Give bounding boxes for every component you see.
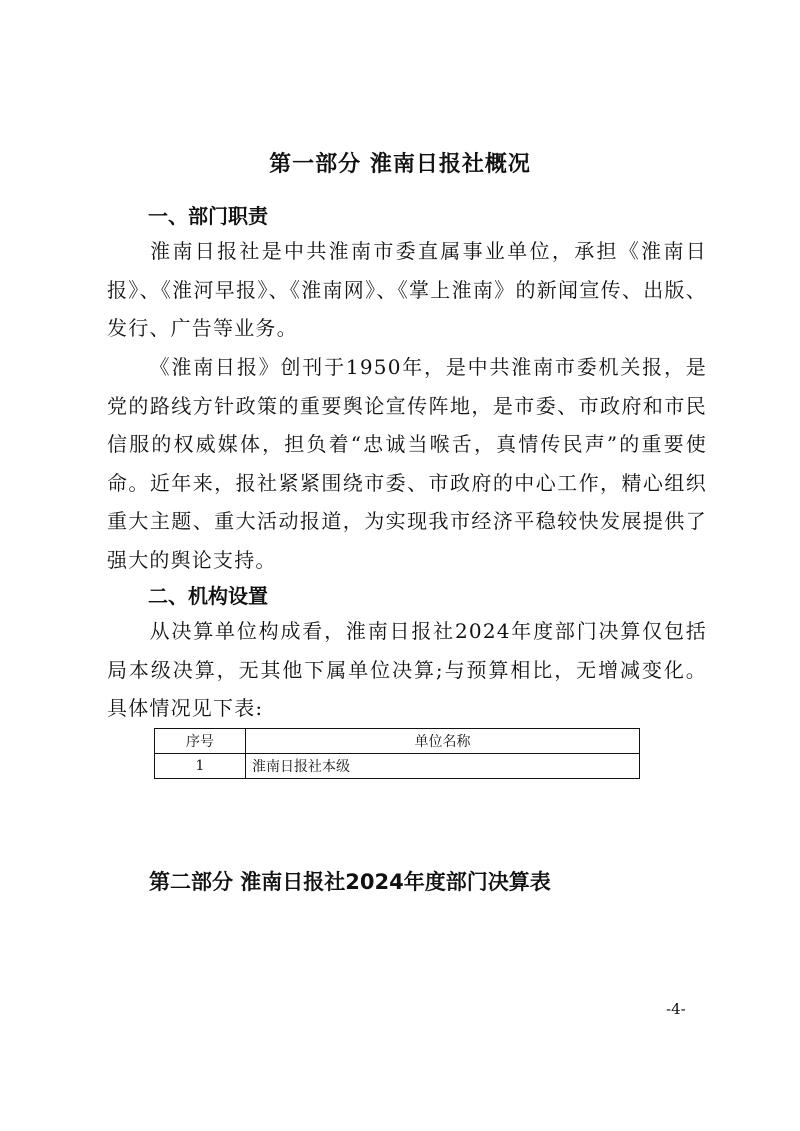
section1-paragraph1: 淮南日报社是中共淮南市委直属事业单位，承担《淮南日报》、《淮河早报》、《淮南网》… xyxy=(107,232,707,348)
section1-paragraph1-text: 淮南日报社是中共淮南市委直属事业单位，承担《淮南日报》、《淮河早报》、《淮南网》… xyxy=(107,239,707,340)
unit-table: 序号 单位名称 1 淮南日报社本级 xyxy=(154,728,640,779)
section2-paragraph: 从决算单位构成看，淮南日报社2024年度部门决算仅包括局本级决算，无其他下属单位… xyxy=(107,612,707,728)
part1-title: 第一部分 淮南日报社概况 xyxy=(0,147,800,178)
section1-heading: 一、部门职责 xyxy=(148,200,268,229)
page-number: -4- xyxy=(666,1000,686,1018)
section2-paragraph-text: 从决算单位构成看，淮南日报社2024年度部门决算仅包括局本级决算，无其他下属单位… xyxy=(107,619,707,720)
table-cell-index: 1 xyxy=(155,754,246,779)
table-header-index: 序号 xyxy=(155,729,246,754)
table-header-unit-name: 单位名称 xyxy=(246,729,640,754)
table-header-row: 序号 单位名称 xyxy=(155,729,640,754)
part2-title: 第二部分 淮南日报社2024年度部门决算表 xyxy=(149,866,551,896)
section2-heading: 二、机构设置 xyxy=(148,580,268,609)
table-row: 1 淮南日报社本级 xyxy=(155,754,640,779)
section1-paragraph2-text: 《淮南日报》创刊于1950年，是中共淮南市委机关报，是党的路线方针政策的重要舆论… xyxy=(107,355,707,572)
table-cell-unit-name: 淮南日报社本级 xyxy=(246,754,640,779)
section1-paragraph2: 《淮南日报》创刊于1950年，是中共淮南市委机关报，是党的路线方针政策的重要舆论… xyxy=(107,348,707,579)
